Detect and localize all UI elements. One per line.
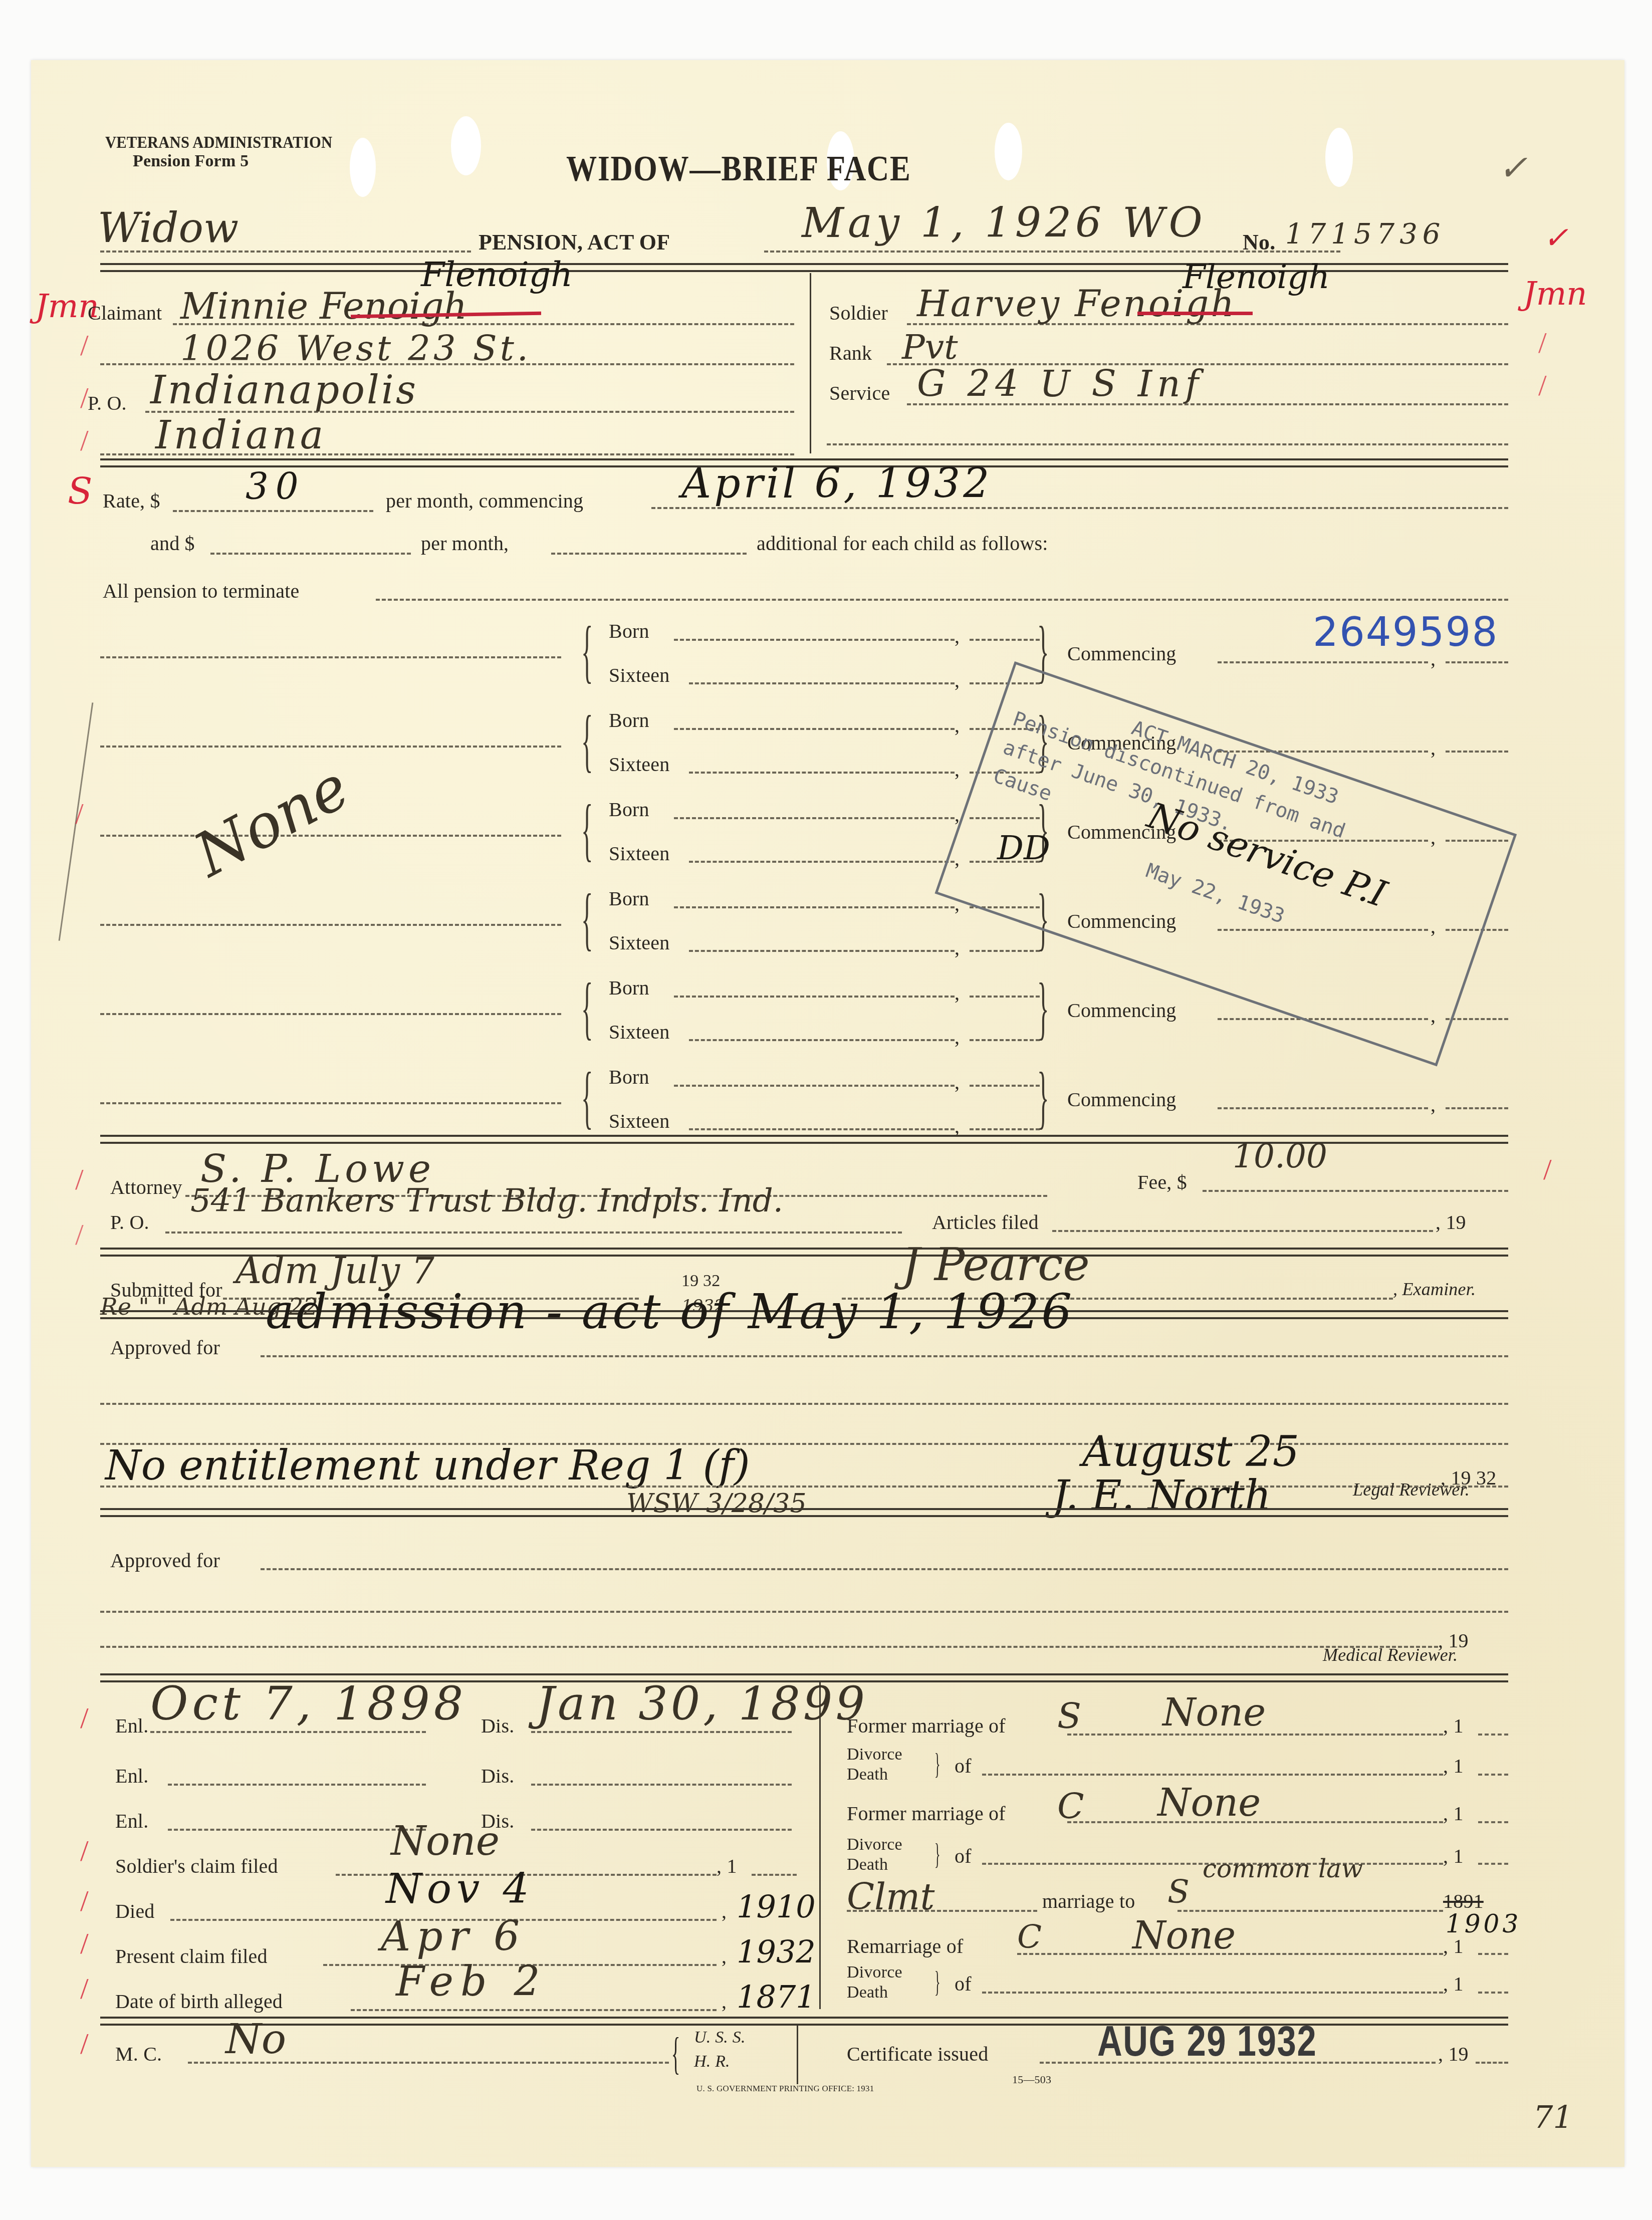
fee-value: 10.00 — [1233, 1140, 1327, 1173]
divorce-label-3: Divorce — [847, 1964, 902, 1981]
claimant-name-correction: Flenoigh — [421, 258, 573, 292]
mc-value: No — [225, 2019, 286, 2060]
red-tick: / — [80, 2027, 89, 2061]
pencil-check-mark: ✓ — [1498, 150, 1528, 185]
pension-class-value: Widow — [98, 208, 239, 249]
rate-margin-mark: S — [68, 473, 92, 510]
attorney-po-label: P. O. — [110, 1212, 149, 1232]
divorce-year-3: , 1 — [1443, 1974, 1464, 1994]
rate-label: Rate, $ — [103, 491, 160, 511]
red-tick: / — [1538, 368, 1547, 403]
commencing-label: Commencing — [1067, 644, 1176, 664]
claimant-address-value: 1026 West 23 St. — [180, 331, 531, 366]
sixteen-label: Sixteen — [609, 755, 669, 775]
red-tick: / — [80, 381, 89, 415]
of-label-2: of — [955, 1846, 972, 1866]
attorney-po-value: 541 Bankers Trust Bldg. Indpls. Ind. — [190, 1185, 783, 1217]
dob-label: Date of birth alleged — [115, 1992, 283, 2012]
red-tick: / — [80, 328, 89, 363]
red-tick: / — [75, 797, 84, 831]
certificate-number-stamp: 2649598 — [1313, 609, 1498, 655]
enl-label-3: Enl. — [115, 1811, 148, 1831]
dis-label-2: Dis. — [481, 1766, 514, 1786]
commencing-label: Commencing — [1067, 1001, 1176, 1021]
died-year: 1910 — [737, 1891, 816, 1922]
red-tick: / — [1538, 326, 1547, 360]
divorce-label-1: Divorce — [847, 1746, 902, 1763]
examiner-label: , Examiner. — [1393, 1280, 1476, 1298]
former-marriage-s-prefix: S — [1057, 1698, 1081, 1734]
dob-year: 1871 — [737, 1982, 816, 2013]
former-marriage-c-label: Former marriage of — [847, 1804, 1006, 1824]
former-marriage-c-value: None — [1157, 1784, 1261, 1822]
present-claim-year: 1932 — [737, 1936, 816, 1967]
death-label-2: Death — [847, 1856, 888, 1873]
examiner-signature: J Pearce — [902, 1243, 1090, 1288]
death-label-3: Death — [847, 1984, 888, 2001]
divorce-year-1: , 1 — [1443, 1756, 1464, 1776]
marriage-to-label: marriage to — [1042, 1891, 1135, 1911]
red-tick: / — [75, 1162, 84, 1197]
and-label: and $ — [150, 534, 195, 554]
soldier-label: Soldier — [829, 303, 888, 323]
form-number: Pension Form 5 — [133, 153, 249, 170]
red-tick: / — [75, 1217, 84, 1252]
claimant-state-value: Indiana — [155, 416, 326, 455]
divorce-label-2: Divorce — [847, 1836, 902, 1853]
died-value: Nov 4 — [386, 1869, 534, 1910]
articles-filed-label: Articles filed — [932, 1212, 1039, 1232]
remarriage-year: , 1 — [1443, 1936, 1464, 1956]
born-label: Born — [609, 710, 649, 730]
punch-hole — [995, 123, 1022, 180]
of-label-3: of — [955, 1974, 972, 1994]
remarriage-prefix: C — [1017, 1921, 1042, 1953]
sixteen-label: Sixteen — [609, 844, 669, 864]
mc-label: M. C. — [115, 2044, 162, 2064]
marriage-to-prefix: S — [1167, 1876, 1190, 1908]
dis-value-1: Jan 30, 1899 — [536, 1681, 868, 1727]
pension-act-value: May 1, 1926 WO — [802, 203, 1207, 244]
stamp-initials: DD — [997, 832, 1050, 865]
punch-hole — [451, 116, 481, 175]
born-label: Born — [609, 800, 649, 820]
born-label: Born — [609, 621, 649, 641]
enl-value-1: Oct 7, 1898 — [150, 1681, 467, 1727]
red-strikethrough — [1137, 312, 1253, 315]
former-marriage-s-year: , 1 — [1443, 1716, 1464, 1736]
legal-reviewer-label: Legal Reviewer. — [1353, 1481, 1470, 1499]
soldier-claim-value: None — [391, 1821, 500, 1861]
present-claim-comma: , — [722, 1946, 727, 1966]
pension-act-label: PENSION, ACT OF — [479, 231, 670, 254]
dob-comma: , — [722, 1992, 727, 2012]
born-label: Born — [609, 978, 649, 998]
per-month-commencing-label: per month, commencing — [386, 491, 583, 511]
pension-no-value: 1715736 — [1285, 220, 1445, 249]
approved-for-label: Approved for — [110, 1338, 220, 1358]
soldier-claim-label: Soldier's claim filed — [115, 1856, 278, 1876]
legal-date: August 25 — [1082, 1430, 1299, 1472]
born-label: Born — [609, 889, 649, 909]
claimant-po-label: P. O. — [88, 393, 127, 413]
red-tick: / — [1543, 1152, 1552, 1187]
former-marriage-c-prefix: C — [1057, 1789, 1084, 1824]
certificate-issued-stamp: AUG 29 1932 — [1097, 2017, 1317, 2066]
claimant-po-value: Indianapolis — [150, 371, 418, 410]
pension-no-label: No. — [1243, 231, 1275, 254]
approved-for-medical-label: Approved for — [110, 1551, 220, 1571]
uss-label: U. S. S. — [694, 2029, 746, 2046]
additional-child-label: additional for each child as follows: — [757, 534, 1048, 554]
red-tick: / — [80, 423, 89, 458]
agency-name: VETERANS ADMINISTRATION — [105, 134, 332, 151]
former-marriage-s-value: None — [1162, 1693, 1266, 1732]
enl-label-1: Enl. — [115, 1716, 148, 1736]
service-value: G 24 U S Inf — [917, 366, 1204, 402]
former-marriage-c-year: , 1 — [1443, 1804, 1464, 1824]
sixteen-label: Sixteen — [609, 1022, 669, 1042]
sixteen-label: Sixteen — [609, 665, 669, 685]
punch-hole — [1325, 128, 1353, 187]
page-title: WIDOW—BRIEF FACE — [566, 148, 911, 189]
sixteen-label: Sixteen — [609, 1111, 669, 1131]
marriage-year-struck: 1891 — [1443, 1891, 1484, 1911]
rank-value: Pvt — [902, 331, 958, 365]
marriage-year: 1903 — [1446, 1911, 1521, 1936]
punch-hole — [350, 138, 376, 197]
present-claim-label: Present claim filed — [115, 1946, 268, 1966]
died-label: Died — [115, 1901, 155, 1921]
sixteen-label: Sixteen — [609, 933, 669, 953]
legal-note: No entitlement under Reg 1 (f) — [105, 1445, 750, 1487]
enl-label-2: Enl. — [115, 1766, 148, 1786]
per-month-label: per month, — [421, 534, 509, 554]
red-check-mark: ✓ — [1543, 223, 1568, 253]
present-claim-value: Apr 6 — [381, 1916, 526, 1957]
remarriage-value: None — [1132, 1916, 1236, 1954]
articles-year-label: , 19 — [1436, 1212, 1466, 1232]
rate-commencing-value: April 6, 1932 — [681, 463, 992, 505]
hr-label: H. R. — [694, 2053, 730, 2070]
medical-reviewer-label: Medical Reviewer. — [1323, 1646, 1458, 1664]
certificate-year: , 19 — [1438, 2044, 1469, 2064]
red-tick: / — [80, 1701, 89, 1736]
remarriage-label: Remarriage of — [847, 1936, 963, 1956]
red-tick: / — [80, 1971, 89, 2006]
dob-value: Feb 2 — [396, 1961, 547, 2003]
soldier-initials: Jmn — [1523, 278, 1587, 310]
red-tick: / — [80, 1834, 89, 1868]
former-marriage-s-label: Former marriage of — [847, 1716, 1006, 1736]
approved-for-value: admission - act of May 1, 1926 — [266, 1288, 1074, 1336]
commencing-label: Commencing — [1067, 1090, 1176, 1110]
born-label: Born — [609, 1067, 649, 1087]
fee-label: Fee, $ — [1137, 1172, 1187, 1192]
rank-label: Rank — [829, 343, 872, 363]
red-tick: / — [80, 1926, 89, 1961]
service-label: Service — [829, 383, 890, 403]
rate-value: 30 — [246, 468, 306, 505]
died-comma: , — [722, 1901, 727, 1921]
printer-credit: U. S. GOVERNMENT PRINTING OFFICE: 1931 — [696, 2084, 874, 2093]
red-tick: / — [80, 1884, 89, 1918]
of-label-1: of — [955, 1756, 972, 1776]
certificate-issued-label: Certificate issued — [847, 2044, 988, 2064]
page-number: 71 — [1533, 2102, 1573, 2133]
attorney-label: Attorney — [110, 1177, 182, 1197]
death-label-1: Death — [847, 1766, 888, 1783]
marriage-note: common law — [1203, 1856, 1363, 1881]
claimant-label: Claimant — [88, 303, 162, 323]
form-code: 15—503 — [1012, 2074, 1051, 2085]
terminate-label: All pension to terminate — [103, 581, 300, 601]
soldier-claim-year: , 1 — [717, 1856, 737, 1876]
soldier-name-correction: Flenoigh — [1183, 261, 1330, 294]
divorce-year-2: , 1 — [1443, 1846, 1464, 1866]
dis-label-1: Dis. — [481, 1716, 514, 1736]
